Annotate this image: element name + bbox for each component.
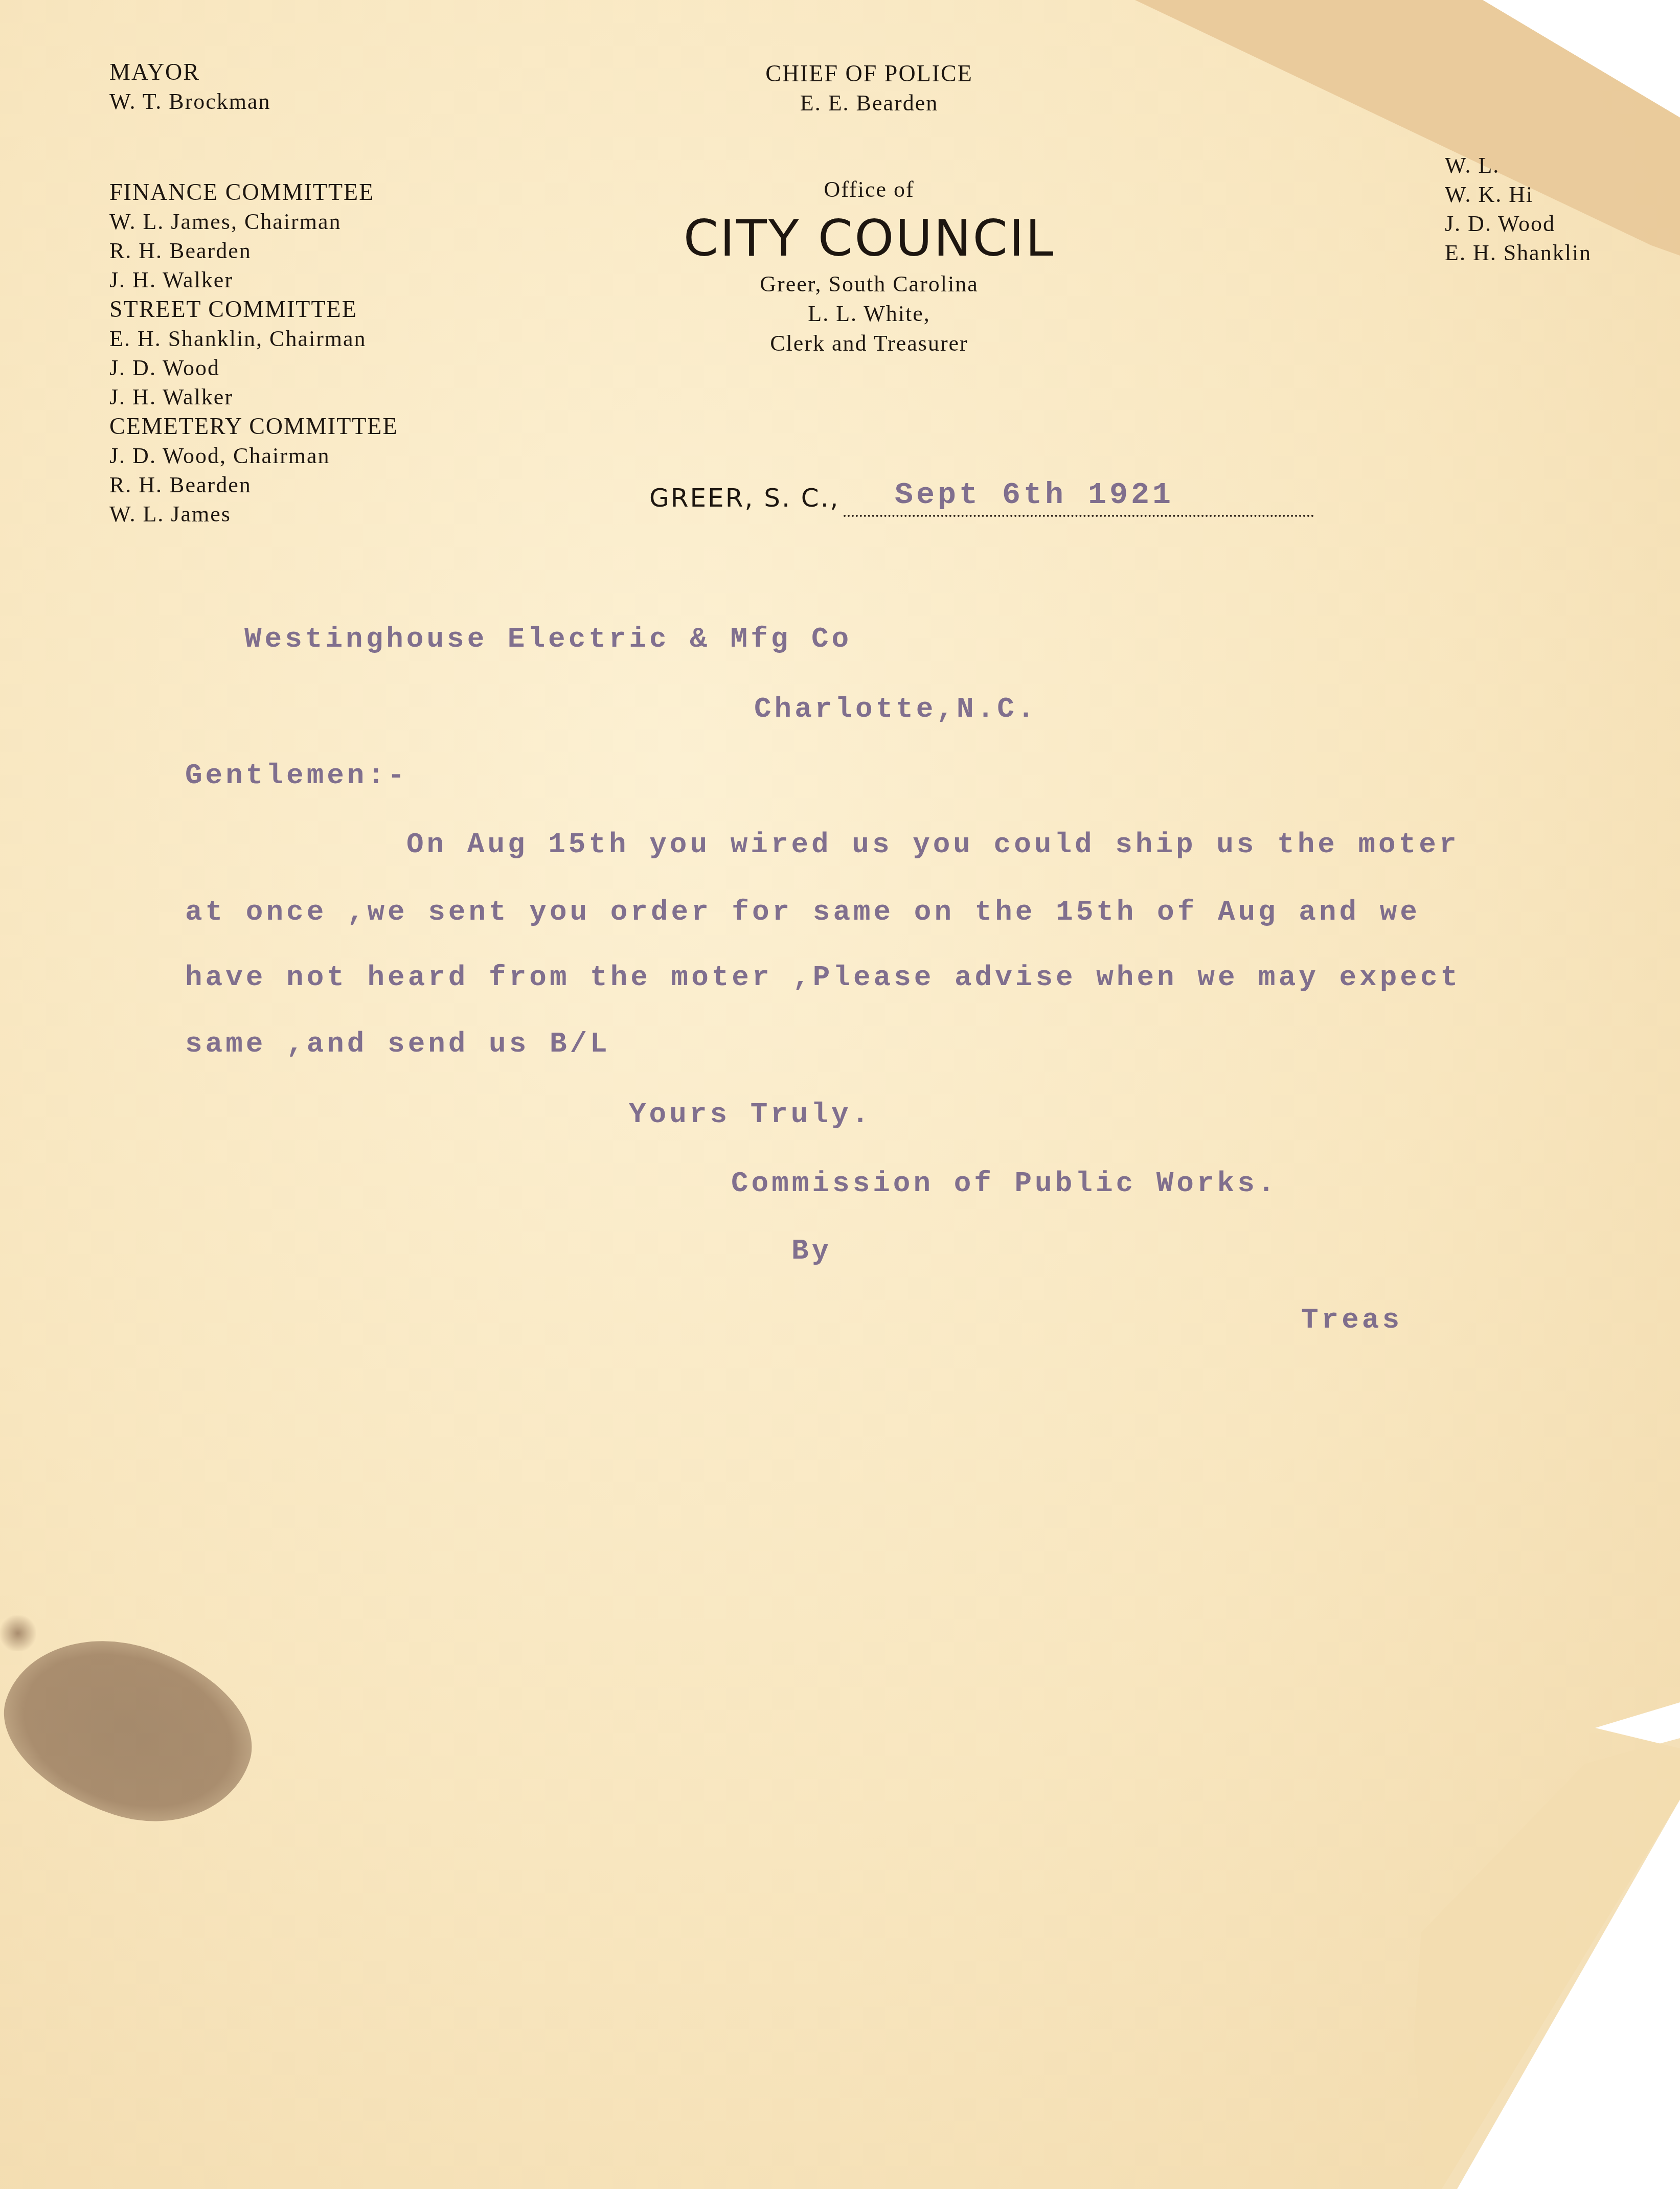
stain-spot [0,1615,36,1651]
signer-title: Treas [1301,1304,1402,1336]
finance-committee-title: FINANCE COMMITTEE [109,177,398,207]
clerk-name: L. L. White, [665,299,1074,329]
clerk-title: Clerk and Treasurer [665,329,1074,358]
street-member: J. D. Wood [109,353,398,382]
right-member: W. L. [1445,151,1592,180]
dateline: GREER, S. C., Sept 6th 1921 [649,483,1314,513]
right-member: W. K. Hi [1445,180,1592,209]
body-line: On Aug 15th you wired us you could ship … [406,828,1459,861]
chief-of-police-title: CHIEF OF POLICE [665,59,1074,88]
street-member: E. H. Shanklin, Chairman [109,324,398,353]
signature-by: By [791,1235,832,1267]
cemetery-member: J. D. Wood, Chairman [109,441,398,470]
cemetery-member: W. L. James [109,499,398,529]
mayor-title: MAYOR [109,57,398,87]
right-member: J. D. Wood [1445,209,1592,238]
letterhead-left-column: MAYOR W. T. Brockman FINANCE COMMITTEE W… [109,57,398,529]
body-line: at once ,we sent you order for same on t… [185,896,1420,928]
finance-member: W. L. James, Chairman [109,207,398,236]
finance-member: J. H. Walker [109,265,398,294]
body-line: same ,and send us B/L [185,1028,610,1060]
dateline-dotted-rule [844,515,1314,517]
chief-of-police-name: E. E. Bearden [665,88,1074,118]
cemetery-member: R. H. Bearden [109,470,398,499]
mayor-name: W. T. Brockman [109,87,398,116]
organization: Commission of Public Works. [731,1167,1278,1200]
letterhead-center: CHIEF OF POLICE E. E. Bearden Office of … [665,59,1074,358]
salutation: Gentlemen:- [185,759,408,792]
office-of-label: Office of [665,174,1074,205]
street-member: J. H. Walker [109,382,398,412]
street-committee-title: STREET COMMITTEE [109,294,398,324]
location-line: Greer, South Carolina [665,269,1074,299]
cemetery-committee-title: CEMETERY COMMITTEE [109,412,398,441]
right-member: E. H. Shanklin [1445,238,1592,267]
letterhead-right-column: W. L. W. K. Hi J. D. Wood E. H. Shanklin [1445,151,1592,267]
city-council-heading: CITY COUNCIL [665,208,1074,269]
closing: Yours Truly. [629,1098,872,1131]
recipient-city: Charlotte,N.C. [754,693,1037,725]
dateline-place: GREER, S. C., [649,483,839,513]
letter-date: Sept 6th 1921 [895,478,1174,513]
body-line: have not heard from the moter ,Please ad… [185,961,1461,994]
finance-member: R. H. Bearden [109,236,398,265]
recipient-name: Westinghouse Electric & Mfg Co [244,623,852,655]
